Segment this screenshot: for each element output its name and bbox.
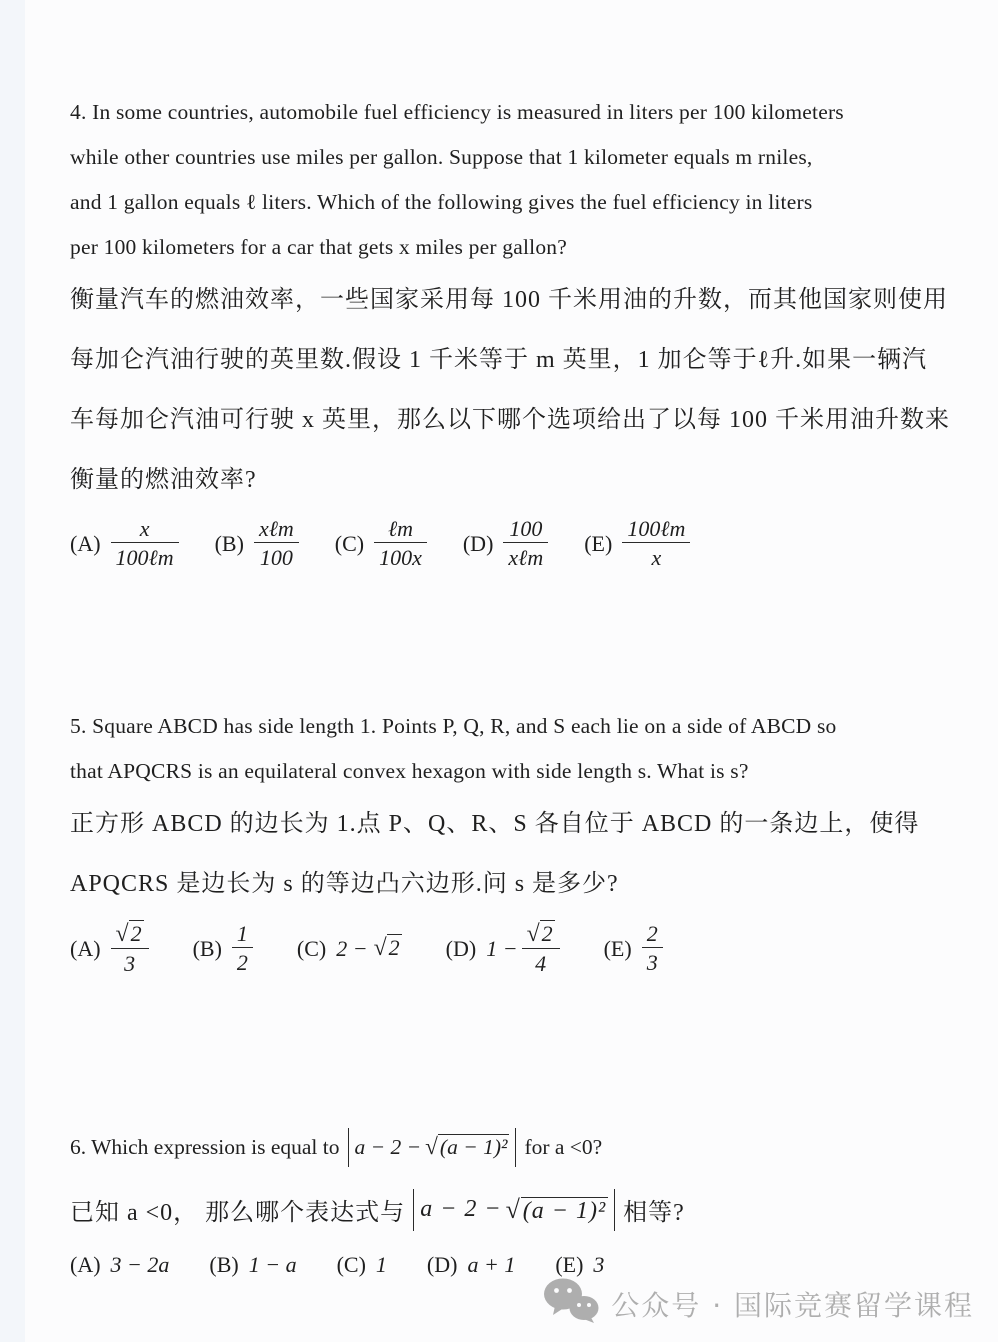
fraction-numerator: xℓm [254,516,299,542]
radical: √2 [374,935,402,962]
math-text: 3 [593,1252,604,1278]
problem-6-english-pre: 6. Which expression is equal to [70,1135,340,1160]
option-label: (A) [70,531,101,557]
radicand: (a − 1)² [521,1197,608,1224]
problem-4-english-line: 4. In some countries, automobile fuel ef… [70,90,932,135]
fraction-numerator: 2 [642,921,663,947]
fraction: 1 2 [232,921,253,977]
problem-4-option-a: (A) x 100ℓm [70,516,179,572]
math-text: a − 2 − [420,1196,501,1223]
problem-6-option-e: (E) 3 [555,1252,604,1278]
radical-sign: √ [425,1134,438,1160]
wechat-icon [543,1277,599,1330]
problem-5-english-line: 5. Square ABCD has side length 1. Points… [70,704,932,749]
problem-5-english-line: that APQCRS is an equilateral convex hex… [70,749,932,794]
option-label: (A) [70,1252,101,1278]
problem-4-chinese-line: 每加仑汽油行驶的英里数.假设 1 千米等于 m 英里，1 加仑等于ℓ升.如果一辆… [70,330,932,390]
fraction: x 100ℓm [111,516,179,572]
problem-5-option-b: (B) 1 2 [193,921,253,977]
fraction: √2 3 [111,920,149,978]
radicand: 2 [129,920,144,946]
fraction-denominator: 100ℓm [111,542,179,572]
fraction-numerator: 100ℓm [622,516,690,542]
radical-sign: √ [116,921,129,947]
problem-6: 6. Which expression is equal to a − 2 − … [70,1116,932,1278]
math-text: 1 − [486,936,517,962]
option-label: (D) [427,1252,458,1278]
math-text: a + 1 [467,1252,515,1278]
problem-4-options: (A) x 100ℓm (B) xℓm 100 (C) ℓ [70,516,932,572]
problem-5-option-c: (C) 2 − √2 [297,935,402,962]
math-text: 2 − [336,936,367,962]
problem-6-english-post: for a <0? [524,1135,602,1160]
fraction-numerator: √2 [111,920,149,949]
problem-4-chinese-line: 车每加仑汽油可行驶 x 英里，那么以下哪个选项给出了以每 100 千米用油升数来 [70,390,932,450]
document-content: 4. In some countries, automobile fuel ef… [70,90,932,1278]
math-text: 3 − 2a [111,1252,170,1278]
problem-4-option-c: (C) ℓm 100x [335,516,427,572]
fraction-denominator: 3 [642,947,663,977]
problem-5-option-d: (D) 1 − √2 4 [446,920,560,978]
spacer [70,572,932,704]
fraction-numerator: √2 [522,920,560,949]
problem-4-option-d: (D) 100 xℓm [463,516,548,572]
fraction-denominator: xℓm [503,542,548,572]
radical-sign: √ [506,1195,521,1224]
fraction: 100 xℓm [503,516,548,572]
problem-4-chinese-line: 衡量的燃油效率? [70,450,932,510]
option-label: (D) [463,531,494,557]
math-text: 1 [376,1252,387,1278]
fraction-numerator: 100 [503,516,548,542]
problem-6-chinese-pre: 已知 a <0， 那么哪个表达式与 [70,1192,405,1227]
radical-sign: √ [527,921,540,947]
radical-sign: √ [374,935,387,961]
option-label: (C) [335,531,364,557]
problem-6-english-line: 6. Which expression is equal to a − 2 − … [70,1116,932,1180]
option-label: (E) [604,936,632,962]
watermark-text: 公众号 · 国际竞赛留学课程 [611,1284,974,1324]
fraction: xℓm 100 [254,516,299,572]
fraction-denominator: 100x [374,542,427,572]
problem-4-option-b: (B) xℓm 100 [215,516,299,572]
problem-5-option-e: (E) 2 3 [604,921,663,977]
radical: √(a − 1)² [506,1195,609,1225]
fraction-numerator: 1 [232,921,253,947]
problem-4-english-line: and 1 gallon equals ℓ liters. Which of t… [70,180,932,225]
fraction-denominator: 3 [111,948,149,978]
problem-6-option-c: (C) 1 [337,1252,387,1278]
option-label: (B) [193,936,222,962]
problem-5-chinese-line: 正方形 ABCD 的边长为 1.点 P、Q、R、S 各自位于 ABCD 的一条边… [70,794,932,854]
document-page: 4. In some countries, automobile fuel ef… [0,0,998,1342]
fraction: 2 3 [642,921,663,977]
option-label: (A) [70,936,101,962]
problem-4-english-line: per 100 kilometers for a car that gets x… [70,225,932,270]
problem-6-options: (A) 3 − 2a (B) 1 − a (C) 1 (D) a + 1 (E) [70,1252,932,1278]
absolute-value-expression: a − 2 − √(a − 1)² [348,1128,517,1167]
math-text: a − 2 − [355,1135,422,1160]
option-label: (C) [337,1252,366,1278]
option-label: (C) [297,936,326,962]
fraction-numerator: ℓm [374,516,427,542]
problem-4-english-line: while other countries use miles per gall… [70,135,932,180]
problem-6-option-d: (D) a + 1 [427,1252,515,1278]
problem-5-chinese-line: APQCRS 是边长为 s 的等边凸六边形.问 s 是多少? [70,854,932,914]
math-text: 1 − a [249,1252,297,1278]
problem-5-options: (A) √2 3 (B) 1 2 (C) 2 − √2 [70,920,932,978]
fraction: 100ℓm x [622,516,690,572]
option-label: (E) [584,531,612,557]
problem-4-chinese-line: 衡量汽车的燃油效率，一些国家采用每 100 千米用油的升数，而其他国家则使用 [70,270,932,330]
fraction: √2 4 [522,920,560,978]
problem-4: 4. In some countries, automobile fuel ef… [70,90,932,572]
radical: √(a − 1)² [425,1134,509,1161]
problem-6-chinese-line: 已知 a <0， 那么哪个表达式与 a − 2 − √(a − 1)² 相等? [70,1180,932,1240]
radicand: 2 [540,920,555,946]
spacer [70,978,932,1116]
option-label: (E) [555,1252,583,1278]
page-left-margin [0,0,25,1342]
fraction-denominator: 2 [232,947,253,977]
problem-6-option-a: (A) 3 − 2a [70,1252,169,1278]
fraction-denominator: 4 [522,948,560,978]
radicand: 2 [387,934,402,960]
option-label: (B) [215,531,244,557]
option-label: (D) [446,936,477,962]
absolute-value-expression: a − 2 − √(a − 1)² [413,1189,615,1231]
problem-6-chinese-post: 相等? [623,1192,685,1227]
option-label: (B) [209,1252,238,1278]
fraction-denominator: x [622,542,690,572]
problem-4-option-e: (E) 100ℓm x [584,516,690,572]
problem-5: 5. Square ABCD has side length 1. Points… [70,704,932,978]
fraction-denominator: 100 [254,542,299,572]
radicand: (a − 1)² [438,1134,510,1159]
problem-6-option-b: (B) 1 − a [209,1252,296,1278]
watermark: 公众号 · 国际竞赛留学课程 [543,1277,974,1330]
problem-5-option-a: (A) √2 3 [70,920,149,978]
fraction: ℓm 100x [374,516,427,572]
fraction-numerator: x [111,516,179,542]
